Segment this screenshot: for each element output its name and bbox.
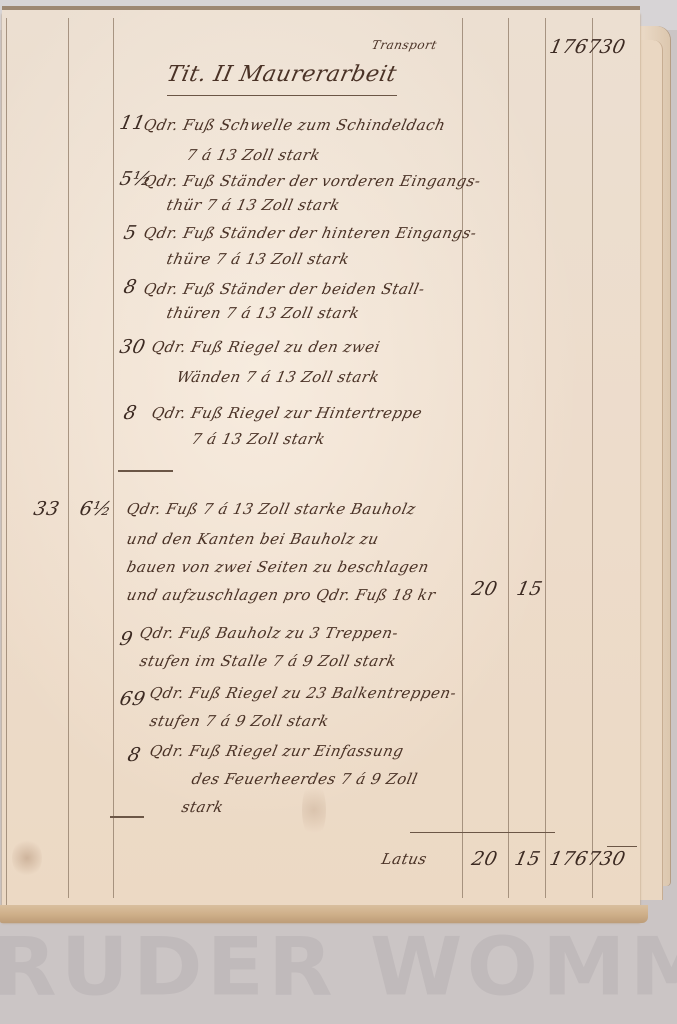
latus-amount-b: 15	[513, 848, 543, 870]
entry-text: und aufzuschlagen pro Qdr. Fuß 18 kr	[125, 586, 437, 604]
entry-text: und den Kanten bei Bauholz zu	[125, 530, 380, 548]
entry-amount-b: 15	[515, 578, 545, 600]
entry-text: thüren 7 á 13 Zoll stark	[165, 304, 361, 322]
entry-text: 7 á 13 Zoll stark	[190, 430, 327, 448]
ruling-line	[462, 18, 463, 898]
entry-amount-a: 20	[470, 578, 500, 600]
entry-qty: 69	[118, 688, 148, 710]
transport-amount-sub: 30	[598, 36, 628, 58]
section-divider	[118, 470, 173, 472]
entry-qty: 8	[126, 744, 143, 766]
entry-text: Qdr. Fuß Ständer der beiden Stall-	[142, 280, 426, 298]
entry-text: stark	[180, 798, 225, 816]
ruling-line	[6, 18, 7, 913]
entry-text: Qdr. Fuß Schwelle zum Schindeldach	[142, 116, 447, 134]
entry-text: Qdr. Fuß Riegel zur Hintertreppe	[150, 404, 424, 422]
entry-text: thüre 7 á 13 Zoll stark	[165, 250, 351, 268]
entry-qty: 9	[118, 628, 135, 650]
entry-text: Qdr. Fuß Riegel zu 23 Balkentreppen-	[148, 684, 458, 702]
paper-stain	[302, 780, 326, 840]
total-rule	[410, 832, 555, 833]
ruling-line	[545, 18, 546, 898]
ruling-line	[113, 18, 114, 898]
latus-amount-main: 1767	[548, 848, 603, 870]
entry-text: bauen von zwei Seiten zu beschlagen	[125, 558, 431, 576]
entry-text: Qdr. Fuß Ständer der hinteren Eingangs-	[142, 224, 478, 242]
entry-text: Qdr. Fuß Ständer der vorderen Eingangs-	[142, 172, 482, 190]
transport-amount-main: 1767	[548, 36, 603, 58]
entry-text: stufen im Stalle 7 á 9 Zoll stark	[138, 652, 398, 670]
entry-col1-value: 33	[32, 498, 62, 520]
ruling-line	[508, 18, 509, 898]
entry-text: Qdr. Fuß Riegel zur Einfassung	[148, 742, 405, 760]
ledger-page: Tit. II Maurerarbeit Transport 1767 30 1…	[2, 6, 640, 915]
section-title: Tit. II Maurerarbeit	[164, 62, 399, 87]
entry-qty: 30	[118, 336, 148, 358]
title-underline	[167, 95, 397, 96]
entry-col2-value: 6½	[78, 498, 114, 520]
entry-text: stufen 7 á 9 Zoll stark	[148, 712, 331, 730]
latus-amount-sub: 30	[598, 848, 628, 870]
entry-text: Qdr. Fuß 7 á 13 Zoll starke Bauholz	[125, 500, 417, 518]
total-rule	[607, 846, 637, 847]
ruling-line	[68, 18, 69, 898]
paper-stain	[12, 838, 42, 878]
entry-text: Qdr. Fuß Riegel zu den zwei	[150, 338, 382, 356]
transport-label: Transport	[371, 38, 439, 52]
entry-text: Qdr. Fuß Bauholz zu 3 Treppen-	[138, 624, 400, 642]
entry-text: 7 á 13 Zoll stark	[185, 146, 322, 164]
entry-qty: 8	[122, 276, 139, 298]
entry-text: Wänden 7 á 13 Zoll stark	[175, 368, 381, 386]
entry-text: thür 7 á 13 Zoll stark	[165, 196, 342, 214]
latus-amount-a: 20	[470, 848, 500, 870]
latus-label: Latus	[380, 850, 429, 868]
section-divider	[110, 816, 144, 818]
entry-qty: 8	[122, 402, 139, 424]
entry-qty: 5	[122, 222, 139, 244]
watermark: RUDER WOMMER	[0, 920, 677, 1013]
ruling-line	[592, 18, 593, 898]
entry-text: des Feuerheerdes 7 á 9 Zoll	[190, 770, 419, 788]
